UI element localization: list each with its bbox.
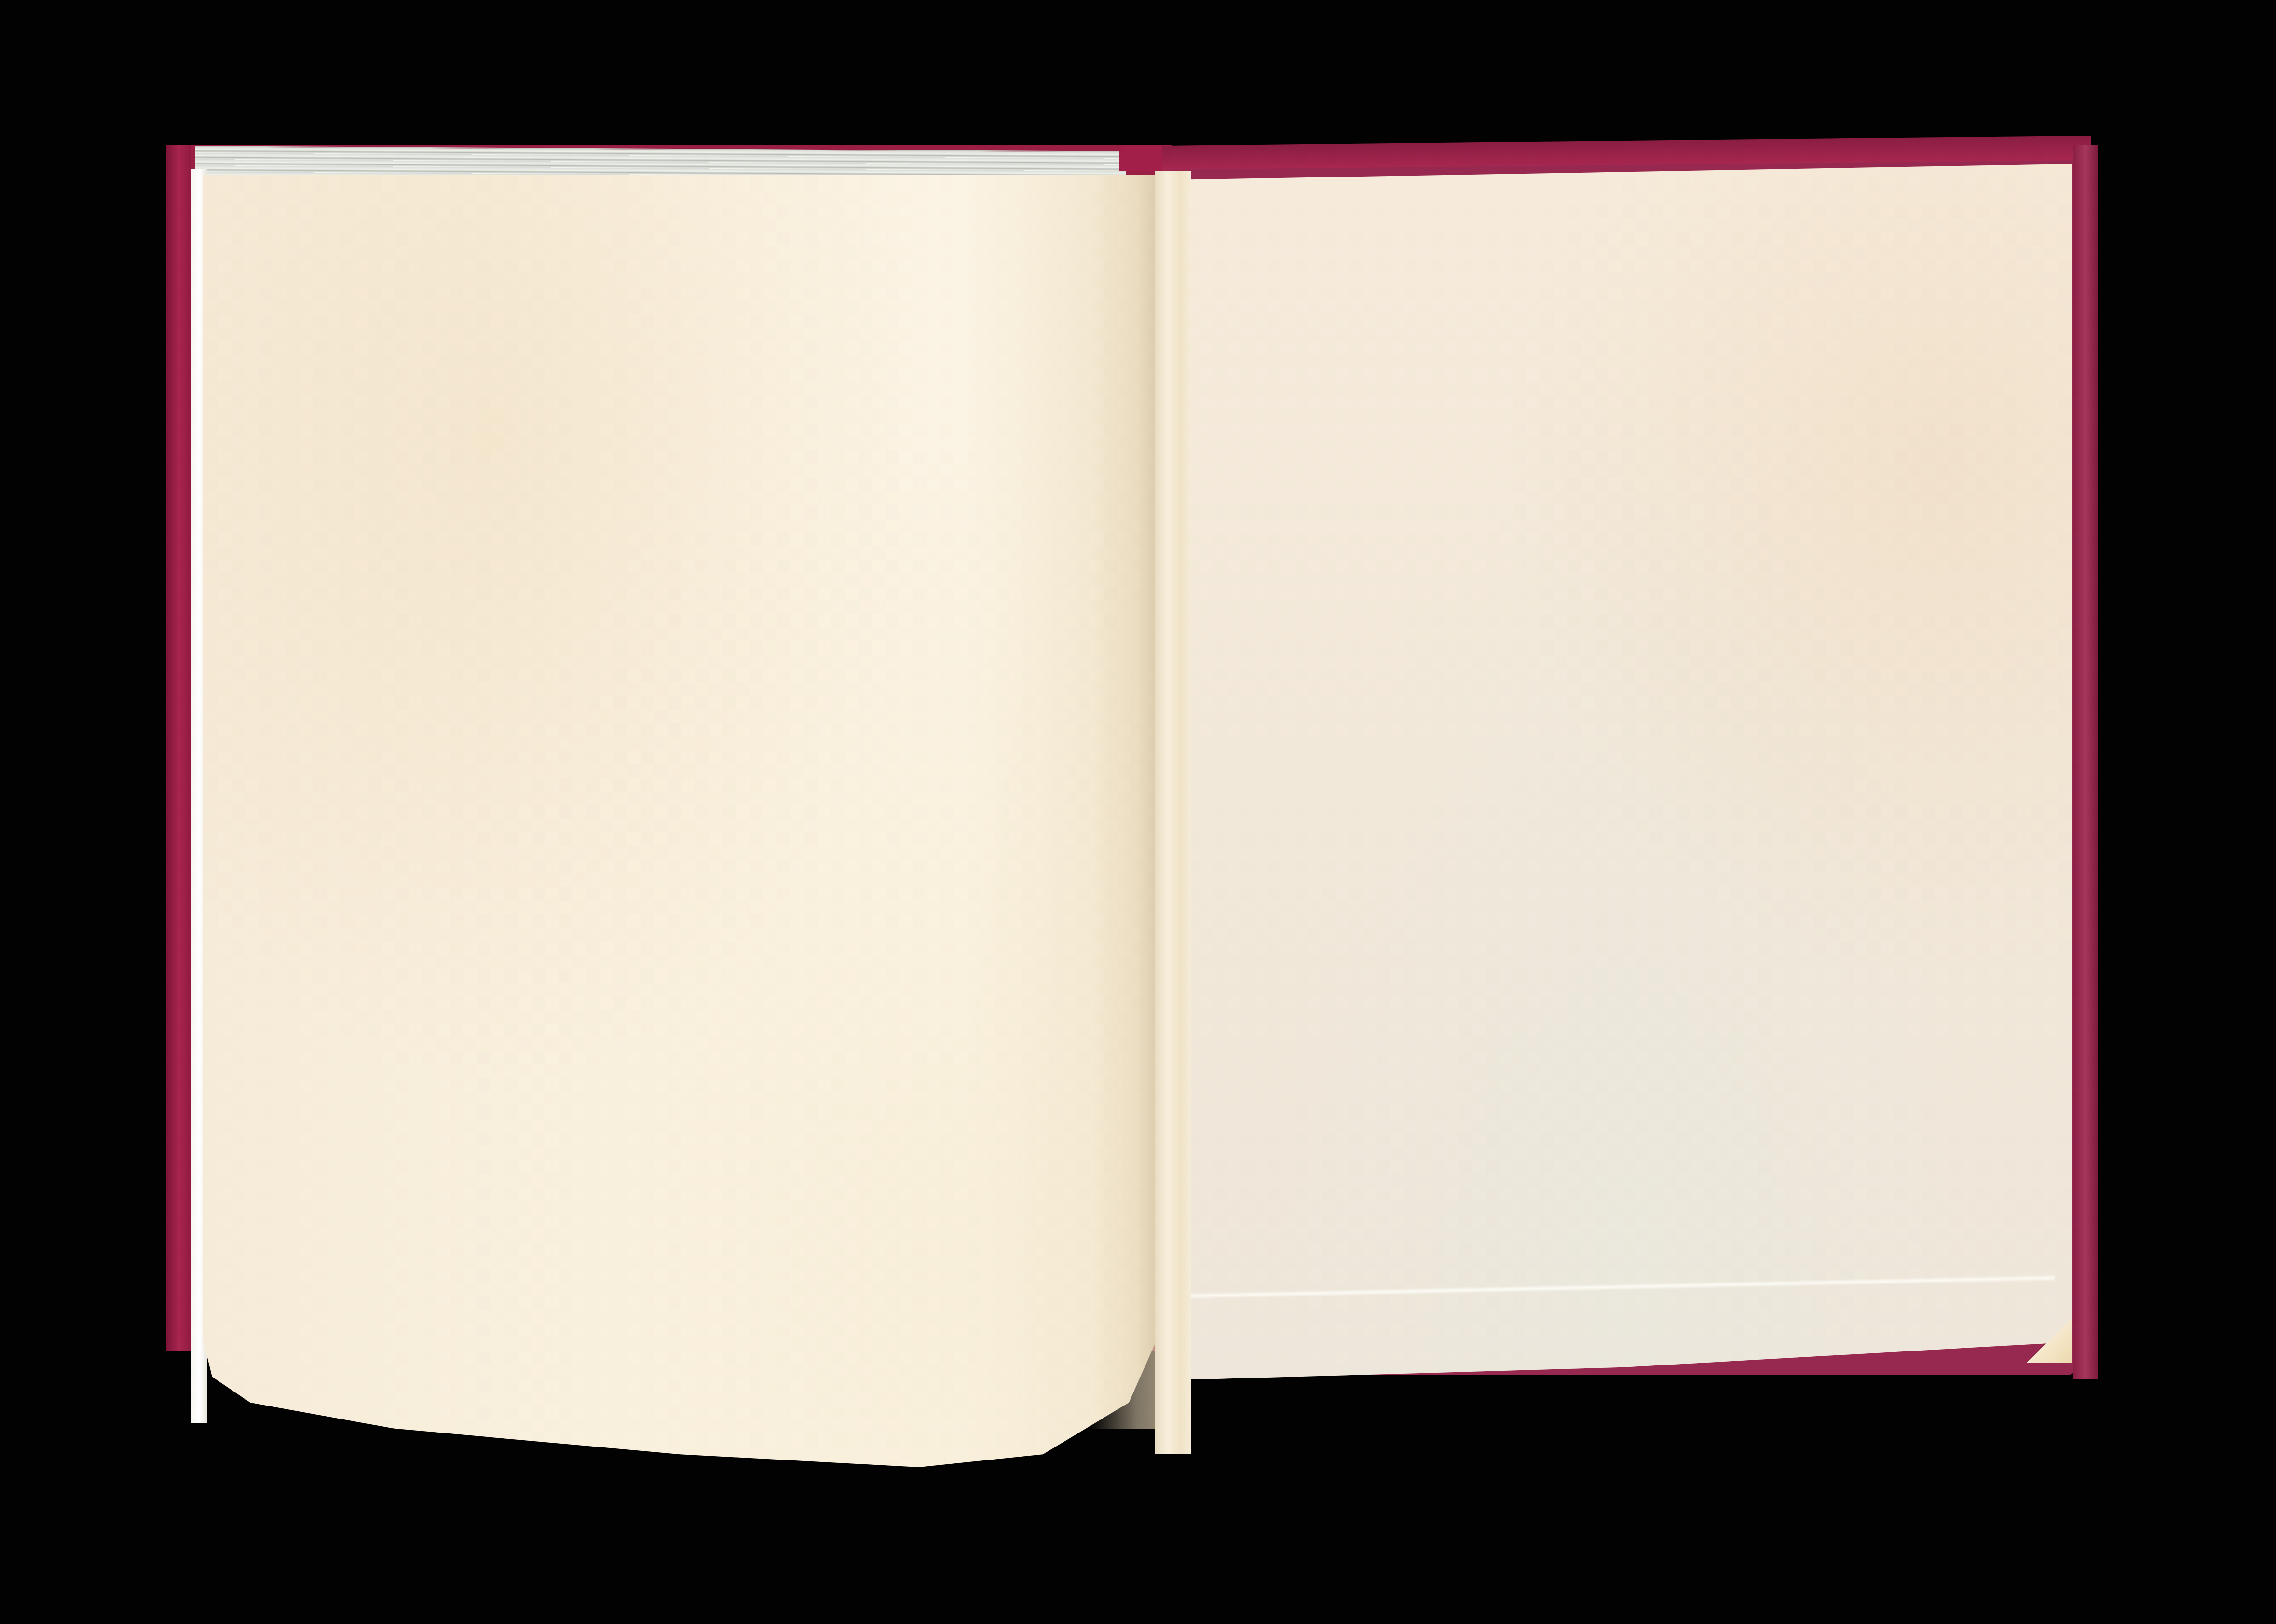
book-hinge: [1155, 171, 1191, 1454]
lifted-endpaper-corner: [2026, 1319, 2072, 1363]
left-blank-flyleaf: [203, 175, 1158, 1467]
front-cover-cloth-edge: [2073, 145, 2098, 1379]
scan-background: [0, 0, 2276, 1624]
back-cover-cloth-edge: [166, 145, 191, 1351]
right-blank-pastedown: [1174, 164, 2072, 1379]
gutter-shadow: [1090, 175, 1158, 1429]
